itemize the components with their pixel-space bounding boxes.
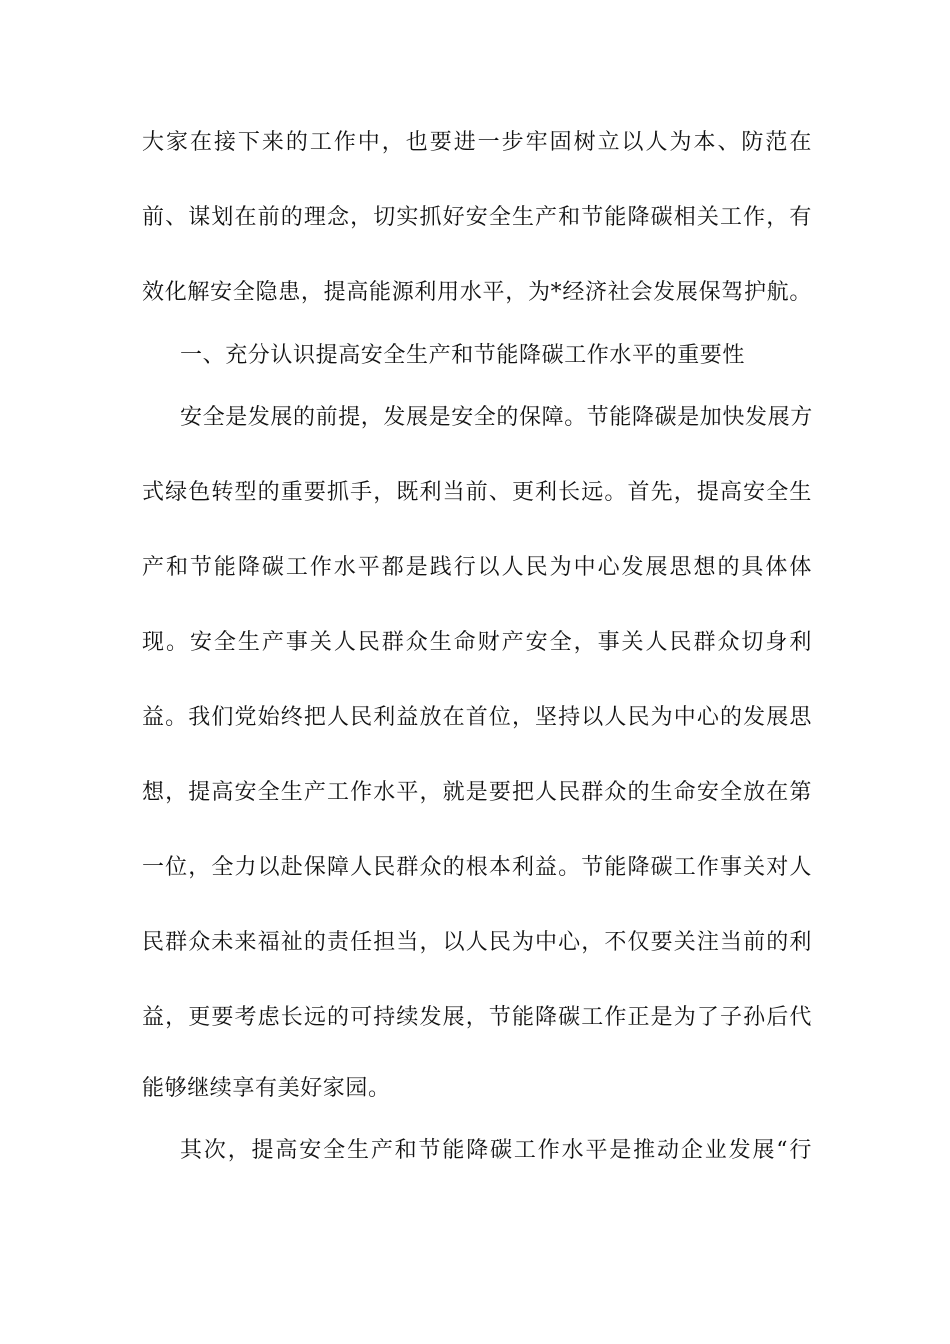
paragraph-2-line-10: 能够继续享有美好家园。	[142, 1074, 812, 1104]
paragraph-2-line-4: 现。安全生产事关人民群众生命财产安全，事关人民群众切身利	[142, 628, 812, 658]
paragraph-1-line-1: 大家在接下来的工作中，也要进一步牢固树立以人为本、防范在	[142, 128, 812, 158]
paragraph-2-line-1: 安全是发展的前提，发展是安全的保障。节能降碳是加快发展方	[180, 403, 812, 433]
paragraph-1-line-3: 效化解安全隐患，提高能源利用水平，为*经济社会发展保驾护航。	[142, 278, 812, 308]
paragraph-2-line-6: 想，提高安全生产工作水平，就是要把人民群众的生命安全放在第	[142, 778, 812, 808]
document-page: 大家在接下来的工作中，也要进一步牢固树立以人为本、防范在 前、谋划在前的理念，切…	[0, 0, 950, 1344]
paragraph-3-line-1: 其次，提高安全生产和节能降碳工作水平是推动企业发展“行	[180, 1136, 812, 1166]
paragraph-2-line-8: 民群众未来福祉的责任担当，以人民为中心，不仅要关注当前的利	[142, 928, 812, 958]
section-heading: 一、充分认识提高安全生产和节能降碳工作水平的重要性	[180, 341, 812, 371]
paragraph-2-line-7: 一位，全力以赴保障人民群众的根本利益。节能降碳工作事关对人	[142, 853, 812, 883]
paragraph-2-line-3: 产和节能降碳工作水平都是践行以人民为中心发展思想的具体体	[142, 553, 812, 583]
paragraph-2-line-5: 益。我们党始终把人民利益放在首位，坚持以人民为中心的发展思	[142, 703, 812, 733]
paragraph-2-line-9: 益，更要考虑长远的可持续发展，节能降碳工作正是为了子孙后代	[142, 1003, 812, 1033]
paragraph-2-line-2: 式绿色转型的重要抓手，既利当前、更利长远。首先，提高安全生	[142, 478, 812, 508]
paragraph-1-line-2: 前、谋划在前的理念，切实抓好安全生产和节能降碳相关工作，有	[142, 203, 812, 233]
